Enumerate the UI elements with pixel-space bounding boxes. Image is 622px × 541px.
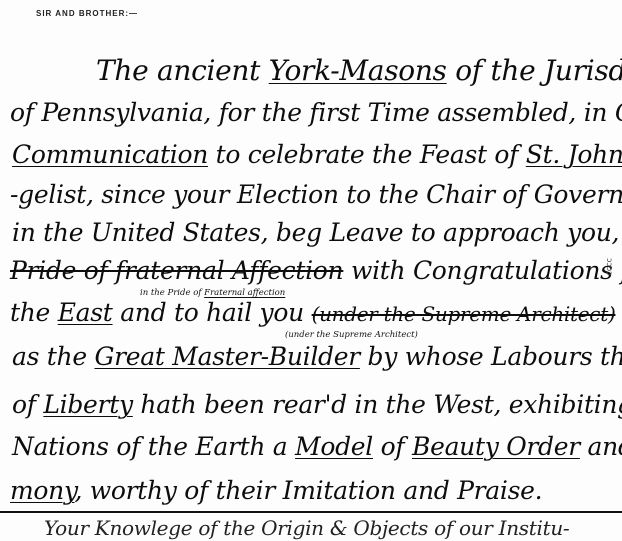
text-run: and Har-	[580, 432, 622, 461]
underlined-phrase: Model	[295, 432, 373, 461]
struck-phrase: (under the Supreme Architect)	[312, 302, 616, 326]
insertion-text: in the Pride of	[140, 288, 204, 298]
horizontal-rule	[0, 511, 622, 513]
text-line-8: as the Great Master-Builder by whose Lab…	[12, 342, 622, 371]
underlined-phrase: Liberty	[43, 390, 132, 419]
text-run: Nations of the Earth a	[12, 432, 295, 461]
underlined-phrase: Beauty Order	[412, 432, 580, 461]
text-run: with Congratulations from	[343, 256, 622, 285]
text-line-3: Communication to celebrate the Feast of …	[12, 140, 622, 169]
text-line-12: Your Knowlege of the Origin & Objects of…	[44, 516, 569, 540]
text-run: hath been rear'd in the West, exhibiting…	[133, 390, 622, 419]
text-line-7: the East and to hail you (under the Supr…	[10, 298, 615, 327]
underlined-phrase: Great Master-Builder	[94, 342, 359, 371]
underlined-phrase: East	[58, 298, 113, 327]
text-run: , worthy of their Imitation and Praise.	[74, 476, 542, 505]
text-run: by whose Labours the	[360, 342, 622, 371]
insertion-underlined: Fraternal affection	[204, 288, 285, 298]
underlined-phrase: mony	[10, 476, 74, 505]
struck-phrase: Pride of fraternal Affection	[10, 256, 343, 285]
text-run: The ancient	[96, 54, 269, 87]
text-run: in the United States, beg Leave to appro…	[12, 218, 622, 247]
text-run: of	[373, 432, 412, 461]
underlined-phrase: York-Masons	[269, 54, 447, 87]
text-line-6: Pride of fraternal Affection with Congra…	[10, 256, 622, 285]
interlinear-insertion-above: in the Pride of Fraternal affection	[140, 288, 285, 298]
margin-annotation: ɔɔɔɔ	[605, 258, 614, 276]
text-run: of Pennsylvania, for the first Time asse…	[10, 98, 622, 127]
text-line-11: mony, worthy of their Imitation and Prai…	[10, 476, 542, 505]
underlined-phrase: Communication	[12, 140, 208, 169]
text-line-2: of Pennsylvania, for the first Time asse…	[10, 98, 622, 127]
text-run: to hail you	[174, 298, 312, 327]
text-run: to celebrate the Feast of	[208, 140, 526, 169]
text-run: of	[12, 390, 43, 419]
text-line-9: of Liberty hath been rear'd in the West,…	[12, 390, 622, 419]
document-page: SIR AND BROTHER:— The ancient York-Mason…	[0, 0, 622, 541]
text-line-5: in the United States, beg Leave to appro…	[12, 218, 622, 247]
text-line-10: Nations of the Earth a Model of Beauty O…	[12, 432, 622, 461]
text-run: the	[10, 298, 58, 327]
text-run: as the	[12, 342, 94, 371]
text-run: of the Jurisdiction	[447, 54, 622, 87]
interlinear-insertion-below: (under the Supreme Architect)	[285, 330, 418, 340]
salutation: SIR AND BROTHER:—	[36, 9, 138, 18]
text-run: Your Knowlege of the Origin & Objects of…	[44, 516, 569, 540]
text-line-4: -gelist, since your Election to the Chai…	[10, 180, 622, 209]
text-line-1: The ancient York-Masons of the Jurisdict…	[96, 54, 622, 87]
text-run: and	[113, 298, 174, 327]
text-run: -gelist, since your Election to the Chai…	[10, 180, 622, 209]
underlined-phrase: St. John	[526, 140, 622, 169]
